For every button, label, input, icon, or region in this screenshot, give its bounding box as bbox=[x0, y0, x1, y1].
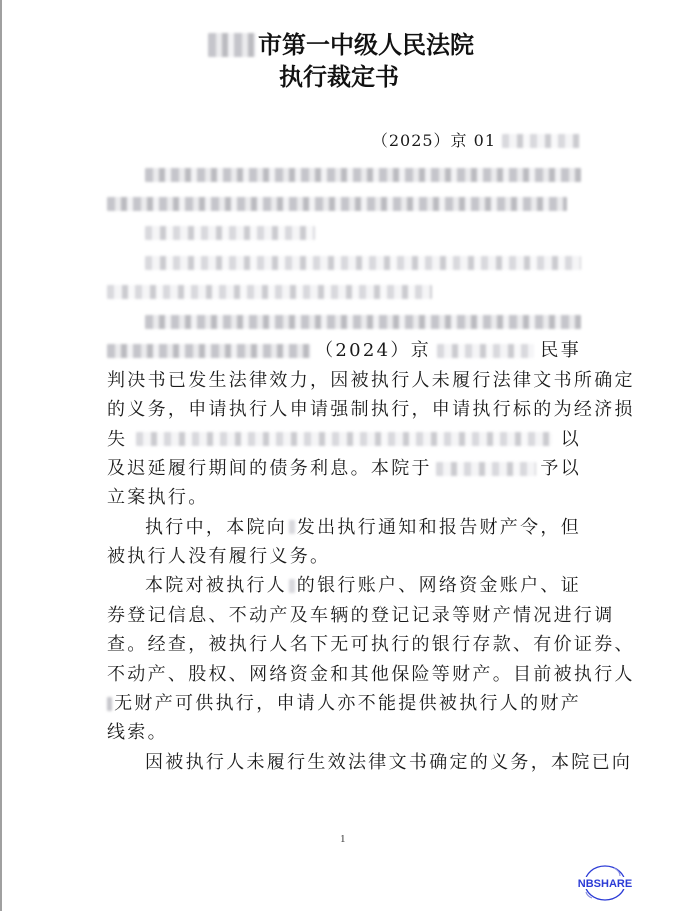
redacted-text bbox=[145, 315, 581, 329]
paragraph-line: （2024）京 民事 bbox=[107, 336, 581, 365]
redacted-city-name bbox=[208, 33, 256, 57]
redacted-text bbox=[145, 226, 315, 240]
redacted-line bbox=[107, 189, 581, 218]
document-type: 执行裁定书 bbox=[0, 62, 684, 92]
paragraph-text: 执行中，本院向 bbox=[145, 513, 287, 542]
paragraph-text: 的银行账户、网络资金账户、证 bbox=[297, 571, 581, 600]
redacted-line bbox=[107, 307, 581, 336]
redacted-text bbox=[107, 285, 432, 299]
paragraph-line: 查。经查，被执行人名下无可执行的银行存款、有价证券、 bbox=[107, 630, 581, 659]
redacted-line bbox=[107, 219, 581, 248]
court-name-text: 市第一中级人民法院 bbox=[258, 30, 474, 60]
paragraph-text: 无财产可供执行，申请人亦不能提供被执行人的财产 bbox=[114, 689, 581, 718]
court-name: 市第一中级人民法院 bbox=[0, 30, 684, 60]
paragraph-text: 发出执行通知和报告财产令，但 bbox=[297, 513, 581, 542]
redacted-line bbox=[107, 278, 581, 307]
paragraph-line: 及迟延履行期间的债务利息。本院于 予以 bbox=[107, 454, 581, 483]
paragraph-text: 及迟延履行期间的债务利息。本院于 bbox=[107, 454, 432, 483]
redacted-text bbox=[107, 344, 311, 358]
redacted-case-number bbox=[502, 134, 580, 148]
paragraph-line: 被执行人没有履行义务。 bbox=[107, 542, 581, 571]
document-body: （2024）京 民事 判决书已发生法律效力，因被执行人未履行法律文书所确定 的义… bbox=[107, 160, 581, 777]
paragraph-text: 民事 bbox=[540, 336, 581, 365]
paragraph-text: （2024）京 bbox=[315, 336, 431, 365]
paragraph-line: 不动产、股权、网络资金和其他保险等财产。目前被执行人 bbox=[107, 660, 581, 689]
nbshare-watermark-logo: NBSHARE bbox=[570, 862, 640, 904]
paragraph-line: 的义务，申请执行人申请强制执行，申请执行标的为经济损 bbox=[107, 395, 581, 424]
paragraph-line: 执行中，本院向 发出执行通知和报告财产令，但 bbox=[107, 513, 581, 542]
svg-text:NBSHARE: NBSHARE bbox=[578, 878, 632, 890]
nbshare-logo-icon: NBSHARE bbox=[570, 862, 640, 904]
redacted-text bbox=[436, 462, 537, 476]
paragraph-line: 因被执行人未履行生效法律文书确定的义务，本院已向 bbox=[107, 748, 581, 777]
paragraph-line: 券登记信息、不动产及车辆的登记记录等财产情况进行调 bbox=[107, 601, 581, 630]
redacted-text bbox=[145, 168, 581, 182]
document-page: 市第一中级人民法院 执行裁定书 （2025）京 01 （ bbox=[0, 0, 684, 911]
paragraph-text: 予以 bbox=[540, 454, 581, 483]
paragraph-line: 线索。 bbox=[107, 718, 581, 747]
paragraph-line: 无财产可供执行，申请人亦不能提供被执行人的财产 bbox=[107, 689, 581, 718]
case-number: （2025）京 01 bbox=[372, 131, 580, 151]
paragraph-line: 立案执行。 bbox=[107, 483, 581, 512]
paragraph-line: 判决书已发生法律效力，因被执行人未履行法律文书所确定 bbox=[107, 366, 581, 395]
redacted-respondent bbox=[107, 697, 112, 711]
paragraph-text: 以 bbox=[561, 425, 581, 454]
redacted-respondent bbox=[289, 579, 295, 593]
paragraph-line: 本院对被执行人 的银行账户、网络资金账户、证 bbox=[107, 571, 581, 600]
document-title: 市第一中级人民法院 执行裁定书 bbox=[0, 30, 684, 92]
redacted-text bbox=[145, 256, 581, 270]
paragraph-text: 失 bbox=[107, 425, 127, 454]
redacted-text bbox=[107, 197, 567, 211]
paragraph-text: 本院对被执行人 bbox=[145, 571, 287, 600]
redacted-text bbox=[437, 344, 534, 358]
paragraph-line: 失 以 bbox=[107, 425, 581, 454]
redacted-line bbox=[107, 248, 581, 277]
redacted-respondent bbox=[289, 520, 295, 534]
redacted-text bbox=[136, 432, 552, 446]
case-number-prefix: （2025）京 01 bbox=[372, 131, 496, 151]
page-number: 1 bbox=[340, 833, 346, 845]
redacted-line bbox=[107, 160, 581, 189]
